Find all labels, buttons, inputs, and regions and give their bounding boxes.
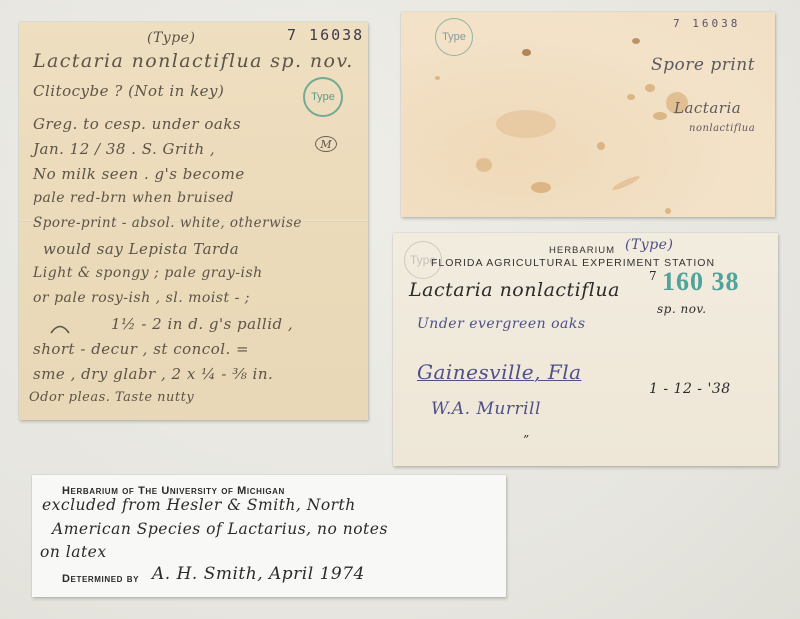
type-stamp-text: Type	[311, 91, 335, 103]
note-line: No milk seen . g's become	[33, 165, 245, 183]
spore-print-genus: Lactaria	[674, 99, 741, 117]
spore-stain	[665, 208, 671, 214]
ditto-mark: ”	[523, 433, 530, 447]
spore-stain	[597, 142, 605, 150]
type-annotation: (Type)	[147, 30, 195, 46]
accession-prefix: 7	[649, 269, 657, 283]
field-notes-card: (Type) 7 16038 Type M Lactaria nonlactif…	[19, 22, 368, 420]
m-mark-icon: M	[315, 136, 337, 152]
note-line-date: Jan. 12 / 38 . S. Grith ,	[33, 140, 215, 158]
species-name: Lactaria nonlactiflua	[409, 279, 620, 301]
spore-stain	[496, 110, 556, 138]
accession-number: 7 16038	[673, 17, 740, 30]
m-mark-text: M	[320, 138, 331, 151]
collector: W.A. Murrill	[431, 399, 541, 419]
spore-stain	[653, 112, 667, 120]
spore-stain	[476, 158, 492, 172]
spore-stain	[522, 49, 531, 56]
species-note: sp. nov.	[657, 302, 707, 316]
spore-stain	[435, 76, 440, 80]
spore-print-card: Type 7 16038 Spore print Lactaria nonlac…	[401, 12, 775, 217]
spore-stain	[611, 174, 641, 192]
spore-stain	[627, 94, 635, 100]
accession-stamp: 160 38	[662, 267, 740, 297]
note-line: American Species of Lactarius, no notes	[52, 520, 388, 538]
note-line: short - decur , st concol. =	[33, 340, 249, 358]
florida-herbarium-card: Type HERBARIUM (Type) FLORIDA AGRICULTUR…	[393, 233, 778, 466]
note-line: sme , dry glabr , 2 x ¼ - ⅜ in.	[33, 365, 273, 383]
note-line: Clitocybe ? (Not in key)	[33, 82, 224, 100]
cap-shape-icon	[49, 322, 71, 334]
note-line: on latex	[40, 543, 107, 561]
michigan-determination-label: Herbarium of The University of Michigan …	[32, 475, 506, 597]
note-line: Light & spongy ; pale gray-ish	[33, 265, 263, 281]
type-stamp-icon: Type	[435, 18, 473, 56]
header-type-annotation: (Type)	[625, 237, 673, 253]
note-line: Odor pleas. Taste nutty	[29, 390, 194, 405]
collection-date: 1 - 12 - '38	[649, 381, 731, 397]
type-stamp-icon: Type	[303, 77, 343, 117]
determined-by-value: A. H. Smith, April 1974	[152, 564, 365, 584]
note-line: excluded from Hesler & Smith, North	[42, 496, 356, 514]
locality: Gainesville, Fla	[417, 360, 582, 384]
note-line: or pale rosy-ish , sl. moist - ;	[33, 290, 250, 306]
type-stamp-text: Type	[442, 31, 466, 43]
spore-stain	[531, 182, 551, 193]
note-line: Spore-print - absol. white, otherwise	[33, 215, 302, 231]
header-herbarium: HERBARIUM	[549, 245, 615, 256]
note-line: Greg. to cesp. under oaks	[33, 115, 241, 133]
spore-print-title: Spore print	[651, 55, 755, 75]
note-line: pale red-brn when bruised	[33, 190, 234, 206]
spore-stain	[645, 84, 655, 92]
note-line: would say Lepista Tarda	[43, 240, 239, 258]
determined-by-label: Determined by	[62, 573, 139, 585]
habitat: Under evergreen oaks	[417, 316, 586, 332]
note-line-species: Lactaria nonlactiflua sp. nov.	[33, 50, 354, 72]
note-line: 1½ - 2 in d. g's pallid ,	[111, 315, 293, 333]
spore-print-species: nonlactiflua	[689, 123, 755, 134]
spore-stain	[632, 38, 640, 44]
accession-number: 7 16038	[287, 26, 364, 44]
